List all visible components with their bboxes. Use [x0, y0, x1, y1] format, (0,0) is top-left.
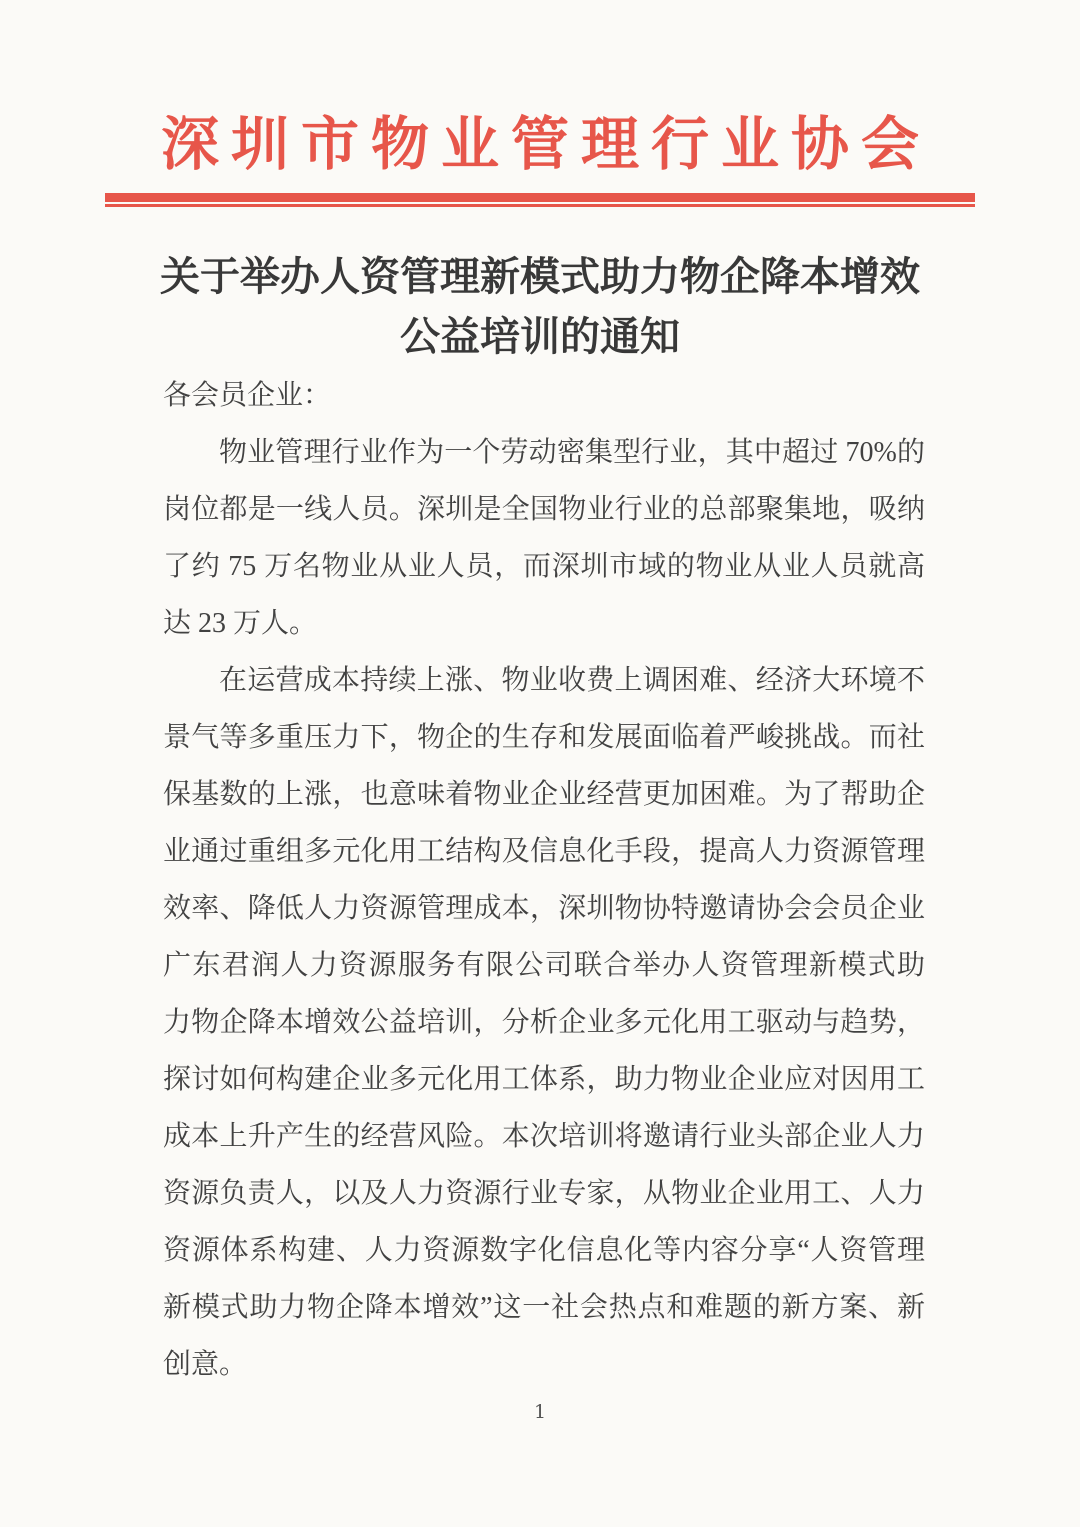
text-line: 探讨如何构建企业多元化用工体系，助力物业企业应对因用工 [163, 1051, 925, 1108]
text-line: 物业管理行业作为一个劳动密集型行业，其中超过 70%的 [163, 424, 925, 481]
letterhead-divider [105, 193, 975, 207]
text-line: 资源体系构建、人力资源数字化信息化等内容分享“人资管理 [163, 1222, 925, 1279]
text-line: 保基数的上涨，也意味着物业企业经营更加困难。为了帮助企 [163, 766, 925, 823]
paragraph-1: 物业管理行业作为一个劳动密集型行业，其中超过 70%的岗位都是一线人员。深圳是全… [163, 424, 925, 652]
document-title-line-2: 公益培训的通知 [0, 307, 1080, 367]
document-title: 关于举办人资管理新模式助力物企降本增效 公益培训的通知 [0, 247, 1080, 367]
text-line: 岗位都是一线人员。深圳是全国物业行业的总部聚集地，吸纳 [163, 481, 925, 538]
paragraph-2: 在运营成本持续上涨、物业收费上调困难、经济大环境不景气等多重压力下，物企的生存和… [163, 652, 925, 1393]
text-line: 资源负责人，以及人力资源行业专家，从物业企业用工、人力 [163, 1165, 925, 1222]
text-line: 在运营成本持续上涨、物业收费上调困难、经济大环境不 [163, 652, 925, 709]
text-line: 创意。 [163, 1336, 925, 1393]
text-line: 广东君润人力资源服务有限公司联合举办人资管理新模式助 [163, 937, 925, 994]
letterhead-org-name: 深圳市物业管理行业协会 [0, 0, 1080, 178]
document-page: 深圳市物业管理行业协会 关于举办人资管理新模式助力物企降本增效 公益培训的通知 … [0, 0, 1080, 1527]
text-line: 景气等多重压力下，物企的生存和发展面临着严峻挑战。而社 [163, 709, 925, 766]
text-line: 效率、降低人力资源管理成本，深圳物协特邀请协会会员企业 [163, 880, 925, 937]
document-title-line-1: 关于举办人资管理新模式助力物企降本增效 [0, 247, 1080, 307]
salutation: 各会员企业： [163, 367, 925, 424]
page-number: 1 [0, 1399, 1080, 1425]
text-line: 业通过重组多元化用工结构及信息化手段，提高人力资源管理 [163, 823, 925, 880]
text-line: 了约 75 万名物业从业人员，而深圳市域的物业从业人员就高 [163, 538, 925, 595]
text-line: 力物企降本增效公益培训，分析企业多元化用工驱动与趋势， [163, 994, 925, 1051]
text-line: 新模式助力物企降本增效”这一社会热点和难题的新方案、新 [163, 1279, 925, 1336]
document-body: 各会员企业： 物业管理行业作为一个劳动密集型行业，其中超过 70%的岗位都是一线… [163, 367, 925, 1393]
text-line: 达 23 万人。 [163, 595, 925, 652]
text-line: 成本上升产生的经营风险。本次培训将邀请行业头部企业人力 [163, 1108, 925, 1165]
